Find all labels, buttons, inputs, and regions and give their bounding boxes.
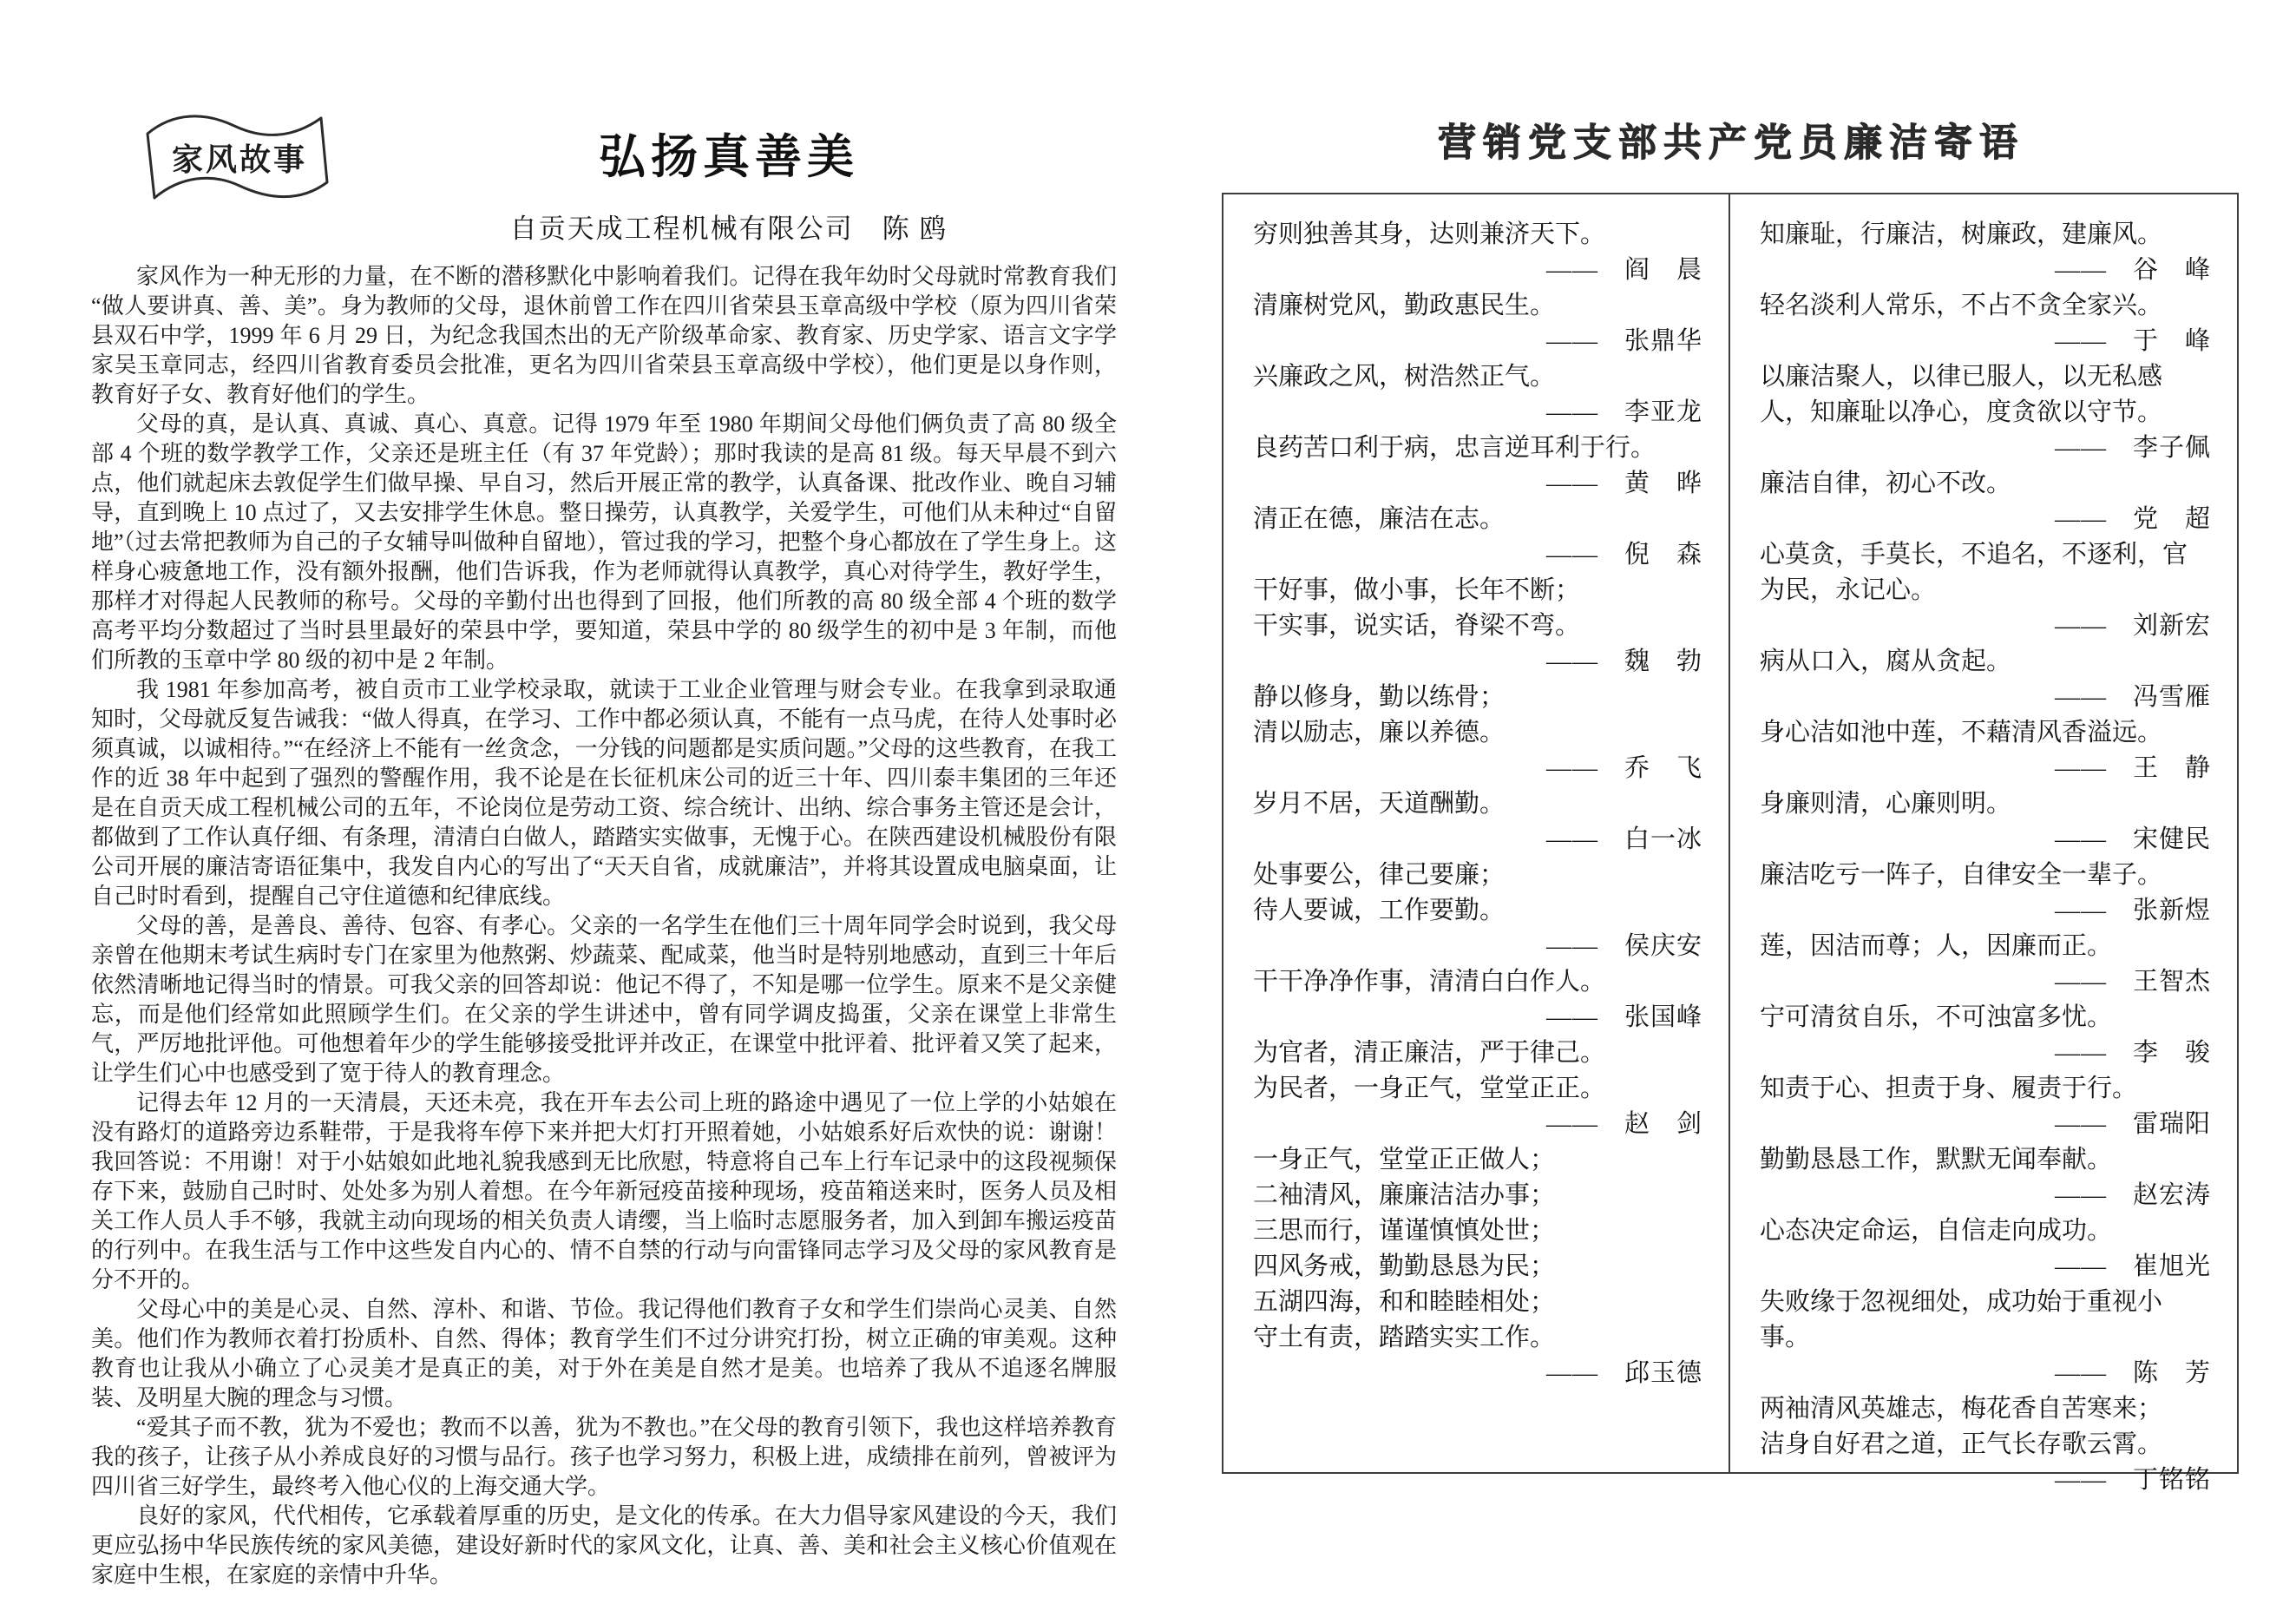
quote-author: —— 谷 峰: [1760, 253, 2211, 288]
quote-author: —— 李亚龙: [1253, 395, 1702, 431]
quote-author: —— 倪 森: [1253, 537, 1702, 573]
quote-author: —— 王 静: [1760, 751, 2211, 786]
quote-line: 清廉树党风，勤政惠民生。: [1253, 288, 1702, 324]
quote-line: 为民者，一身正气，堂堂正正。: [1253, 1071, 1702, 1107]
quote-line: 洁身自好君之道，正气长存歌云霄。: [1760, 1427, 2211, 1463]
quote-author: —— 丁铭铭: [1760, 1463, 2211, 1498]
quote-line: 身廉则清，心廉则明。: [1760, 786, 2211, 822]
quote-line: 知廉耻，行廉洁，树廉政，建廉风。: [1760, 217, 2211, 253]
quote-line: 五湖四海，和和睦睦相处；: [1253, 1285, 1702, 1320]
article-paragraph: “爱其子而不教，犹为不爱也；教而不以善，犹为不教也。”在父母的教育引领下，我也这…: [91, 1413, 1117, 1502]
quote-line: 良药苦口利于病，忠言逆耳利于行。: [1253, 431, 1702, 466]
quote-author: —— 李子佩: [1760, 431, 2211, 466]
quote-author: —— 崔旭光: [1760, 1249, 2211, 1285]
quotes-column-2: 知廉耻，行廉洁，树廉政，建廉风。—— 谷 峰轻名淡利人常乐，不占不贪全家兴。——…: [1730, 194, 2237, 1472]
quote-line: 清以励志，廉以养德。: [1253, 715, 1702, 751]
quote-line: 身心洁如池中莲，不藉清风香溢远。: [1760, 715, 2211, 751]
quote-item: 心态决定命运，自信走向成功。—— 崔旭光: [1760, 1213, 2211, 1285]
article-paragraph: 我 1981 年参加高考，被自贡市工业学校录取，就读于工业企业管理与财会专业。在…: [91, 675, 1117, 911]
quote-author: —— 张国峰: [1253, 1000, 1702, 1036]
quote-item: 穷则独善其身，达则兼济天下。—— 阎 晨: [1253, 217, 1702, 288]
quote-author: —— 黄 晔: [1253, 466, 1702, 502]
quote-line: 干实事，说实话，脊梁不弯。: [1253, 608, 1702, 644]
quote-line: 失败缘于忽视细处，成功始于重视小事。: [1760, 1285, 2211, 1356]
quote-item: 岁月不居，天道酬勤。—— 白一冰: [1253, 786, 1702, 858]
newsletter-spread: 家风故事 弘扬真善美 自贡天成工程机械有限公司 陈 鸥 家风作为一种无形的力量，…: [0, 0, 2296, 1624]
quote-line: 病从口入，腐从贪起。: [1760, 644, 2211, 680]
quote-item: 良药苦口利于病，忠言逆耳利于行。—— 黄 晔: [1253, 431, 1702, 502]
quote-item: 身心洁如池中莲，不藉清风香溢远。—— 王 静: [1760, 715, 2211, 786]
quote-item: 清正在德，廉洁在志。—— 倪 森: [1253, 502, 1702, 573]
article-paragraph: 良好的家风，代代相传，它承载着厚重的历史，是文化的传承。在大力倡导家风建设的今天…: [91, 1502, 1117, 1590]
quote-item: 莲，因洁而尊；人，因廉而正。—— 王智杰: [1760, 929, 2211, 1000]
quote-item: 干好事，做小事，长年不断；干实事，说实话，脊梁不弯。—— 魏 勃: [1253, 573, 1702, 680]
quote-author: —— 乔 飞: [1253, 751, 1702, 786]
quote-author: —— 刘新宏: [1760, 608, 2211, 644]
quote-item: 处事要公，律己要廉；待人要诚，工作要勤。—— 侯庆安: [1253, 858, 1702, 964]
quote-author: —— 雷瑞阳: [1760, 1107, 2211, 1142]
quote-line: 守土有责，踏踏实实工作。: [1253, 1320, 1702, 1356]
quote-author: —— 赵宏涛: [1760, 1178, 2211, 1213]
quote-item: 兴廉政之风，树浩然正气。—— 李亚龙: [1253, 359, 1702, 431]
quote-line: 廉洁吃亏一阵子，自律安全一辈子。: [1760, 858, 2211, 893]
article-paragraph: 父母心中的美是心灵、自然、淳朴、和谐、节俭。我记得他们教育子女和学生们崇尚心灵美…: [91, 1295, 1117, 1413]
quote-author: —— 阎 晨: [1253, 253, 1702, 288]
quote-line: 干好事，做小事，长年不断；: [1253, 573, 1702, 608]
quote-author: —— 张新煜: [1760, 893, 2211, 929]
quote-author: —— 李 骏: [1760, 1036, 2211, 1071]
quote-item: 病从口入，腐从贪起。—— 冯雪雁: [1760, 644, 2211, 715]
pledges-box: 穷则独善其身，达则兼济天下。—— 阎 晨清廉树党风，勤政惠民生。—— 张鼎华兴廉…: [1222, 193, 2239, 1474]
article-title: 弘扬真善美: [347, 120, 1111, 187]
quote-line: 心态决定命运，自信走向成功。: [1760, 1213, 2211, 1249]
quote-author: —— 冯雪雁: [1760, 680, 2211, 715]
quote-line: 岁月不居，天道酬勤。: [1253, 786, 1702, 822]
quote-line: 宁可清贫自乐，不可浊富多忧。: [1760, 1000, 2211, 1036]
quote-author: —— 陈 芳: [1760, 1356, 2211, 1391]
quote-line: 二袖清风，廉廉洁洁办事；: [1253, 1178, 1702, 1213]
quote-item: 廉洁自律，初心不改。—— 党 超: [1760, 466, 2211, 537]
quote-line: 轻名淡利人常乐，不占不贪全家兴。: [1760, 288, 2211, 324]
quote-item: 为官者，清正廉洁，严于律己。为民者，一身正气，堂堂正正。—— 赵 剑: [1253, 1036, 1702, 1142]
quote-line: 四风务戒，勤勤恳恳为民；: [1253, 1249, 1702, 1285]
quote-line: 清正在德，廉洁在志。: [1253, 502, 1702, 537]
quote-author: —— 于 峰: [1760, 324, 2211, 359]
quote-line: 干干净净作事，清清白白作人。: [1253, 964, 1702, 1000]
quote-author: —— 邱玉德: [1253, 1356, 1702, 1391]
quote-line: 以廉洁聚人，以律已服人，以无私感人，知廉耻以净心，度贪欲以守节。: [1760, 359, 2211, 431]
quote-author: —— 党 超: [1760, 502, 2211, 537]
quote-line: 心莫贪，手莫长，不追名，不逐利，官为民，永记心。: [1760, 537, 2211, 608]
quote-item: 轻名淡利人常乐，不占不贪全家兴。—— 于 峰: [1760, 288, 2211, 359]
quote-line: 处事要公，律己要廉；: [1253, 858, 1702, 893]
quote-item: 清廉树党风，勤政惠民生。—— 张鼎华: [1253, 288, 1702, 359]
quote-item: 一身正气，堂堂正正做人；二袖清风，廉廉洁洁办事；三思而行，谨谨慎慎处世；四风务戒…: [1253, 1142, 1702, 1391]
quote-line: 廉洁自律，初心不改。: [1760, 466, 2211, 502]
pledges-title: 营销党支部共产党员廉洁寄语: [1222, 111, 2240, 167]
quote-line: 知责于心、担责于身、履责于行。: [1760, 1071, 2211, 1107]
flag-badge-label: 家风故事: [135, 135, 344, 180]
quote-item: 勤勤恳恳工作，默默无闻奉献。—— 赵宏涛: [1760, 1142, 2211, 1213]
article-paragraph: 父母的真，是认真、真诚、真心、真意。记得 1979 年至 1980 年期间父母他…: [91, 410, 1117, 675]
family-story-flag-badge: 家风故事: [135, 106, 344, 210]
article-body: 家风作为一种无形的力量，在不断的潜移默化中影响着我们。记得在我年幼时父母就时常教…: [91, 262, 1117, 1590]
quote-line: 待人要诚，工作要勤。: [1253, 893, 1702, 929]
quote-item: 心莫贪，手莫长，不追名，不逐利，官为民，永记心。—— 刘新宏: [1760, 537, 2211, 644]
quote-author: —— 宋健民: [1760, 822, 2211, 858]
quote-line: 穷则独善其身，达则兼济天下。: [1253, 217, 1702, 253]
article-paragraph: 记得去年 12 月的一天清晨，天还未亮，我在开车去公司上班的路途中遇见了一位上学…: [91, 1088, 1117, 1295]
quote-item: 干干净净作事，清清白白作人。—— 张国峰: [1253, 964, 1702, 1036]
article-paragraph: 父母的善，是善良、善待、包容、有孝心。父亲的一名学生在他们三十周年同学会时说到，…: [91, 911, 1117, 1088]
quote-author: —— 魏 勃: [1253, 644, 1702, 680]
quote-item: 知责于心、担责于身、履责于行。—— 雷瑞阳: [1760, 1071, 2211, 1142]
quote-item: 廉洁吃亏一阵子，自律安全一辈子。—— 张新煜: [1760, 858, 2211, 929]
quote-line: 三思而行，谨谨慎慎处世；: [1253, 1213, 1702, 1249]
quotes-column-1: 穷则独善其身，达则兼济天下。—— 阎 晨清廉树党风，勤政惠民生。—— 张鼎华兴廉…: [1223, 194, 1730, 1472]
quote-line: 为官者，清正廉洁，严于律己。: [1253, 1036, 1702, 1071]
quote-line: 兴廉政之风，树浩然正气。: [1253, 359, 1702, 395]
quote-item: 两袖清风英雄志，梅花香自苦寒来；洁身自好君之道，正气长存歌云霄。—— 丁铭铭: [1760, 1391, 2211, 1498]
quote-line: 一身正气，堂堂正正做人；: [1253, 1142, 1702, 1178]
quote-author: —— 张鼎华: [1253, 324, 1702, 359]
quote-author: —— 白一冰: [1253, 822, 1702, 858]
quote-line: 两袖清风英雄志，梅花香自苦寒来；: [1760, 1391, 2211, 1427]
quote-item: 知廉耻，行廉洁，树廉政，建廉风。—— 谷 峰: [1760, 217, 2211, 288]
quote-author: —— 赵 剑: [1253, 1107, 1702, 1142]
quote-item: 失败缘于忽视细处，成功始于重视小事。—— 陈 芳: [1760, 1285, 2211, 1391]
quote-item: 静以修身，勤以练骨；清以励志，廉以养德。—— 乔 飞: [1253, 680, 1702, 786]
article-paragraph: 家风作为一种无形的力量，在不断的潜移默化中影响着我们。记得在我年幼时父母就时常教…: [91, 262, 1117, 410]
quote-line: 静以修身，勤以练骨；: [1253, 680, 1702, 715]
quote-item: 以廉洁聚人，以律已服人，以无私感人，知廉耻以净心，度贪欲以守节。—— 李子佩: [1760, 359, 2211, 466]
quote-line: 勤勤恳恳工作，默默无闻奉献。: [1760, 1142, 2211, 1178]
quote-author: —— 王智杰: [1760, 964, 2211, 1000]
quote-item: 身廉则清，心廉则明。—— 宋健民: [1760, 786, 2211, 858]
article-byline: 自贡天成工程机械有限公司 陈 鸥: [347, 207, 1111, 246]
quote-line: 莲，因洁而尊；人，因廉而正。: [1760, 929, 2211, 964]
quote-author: —— 侯庆安: [1253, 929, 1702, 964]
quote-item: 宁可清贫自乐，不可浊富多忧。—— 李 骏: [1760, 1000, 2211, 1071]
